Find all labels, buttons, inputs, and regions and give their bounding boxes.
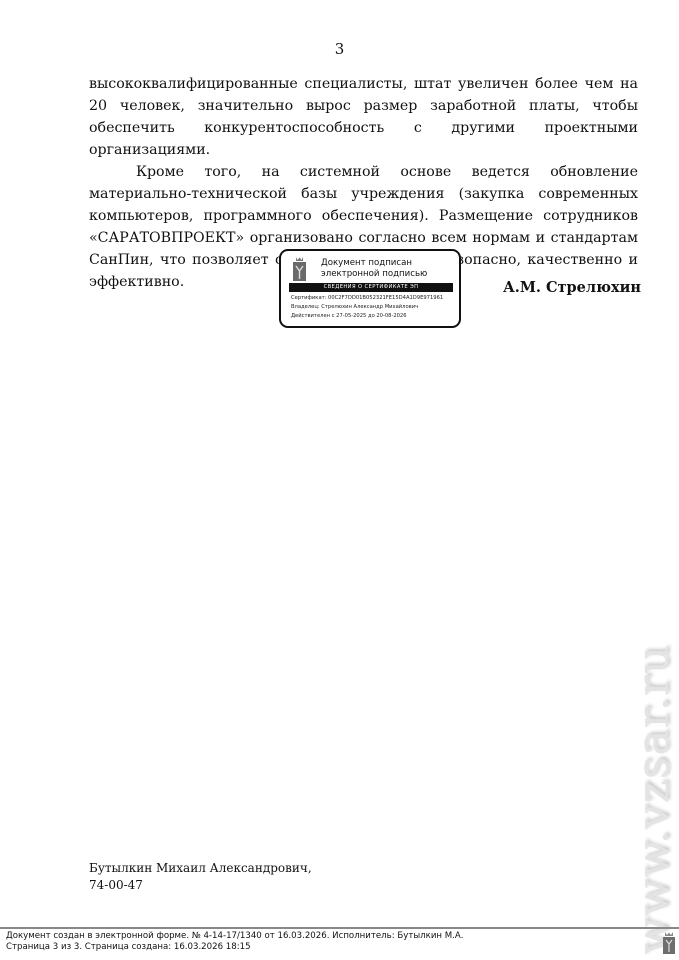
- executor-name: Бутылкин Михаил Александрович,: [89, 860, 312, 877]
- footer-line-page: Страница 3 из 3. Страница создана: 16.03…: [6, 942, 464, 953]
- executor-info: Бутылкин Михаил Александрович, 74-00-47: [89, 860, 312, 894]
- signer-name: А.М. Стрелюхин: [503, 279, 641, 296]
- electronic-signature-stamp: Документ подписан электронной подписью С…: [279, 249, 461, 328]
- coat-of-arms-icon: [663, 932, 675, 954]
- certificate-owner: Владелец: Стрелюхин Александр Михайлович: [291, 304, 418, 311]
- footer-line-document: Документ создан в электронной форме. № 4…: [6, 931, 464, 942]
- footer: Документ создан в электронной форме. № 4…: [6, 931, 464, 953]
- paragraph: высококвалифицированные специалисты, шта…: [89, 73, 638, 161]
- page-number: 3: [0, 40, 679, 58]
- stamp-title: Документ подписан электронной подписью: [321, 258, 427, 280]
- certificate-number: Сертификат: 00C2F7DD01B052321FE15D4A1D9E…: [291, 295, 443, 302]
- coat-of-arms-icon: [293, 257, 306, 281]
- stamp-header: СВЕДЕНИЯ О СЕРТИФИКАТЕ ЭП: [289, 283, 453, 292]
- executor-phone: 74-00-47: [89, 877, 312, 894]
- footer-divider: [0, 927, 679, 929]
- certificate-validity: Действителен с 27-05-2025 до 20-08-2026: [291, 313, 407, 320]
- watermark-text: www.vzsar.ru: [628, 645, 679, 955]
